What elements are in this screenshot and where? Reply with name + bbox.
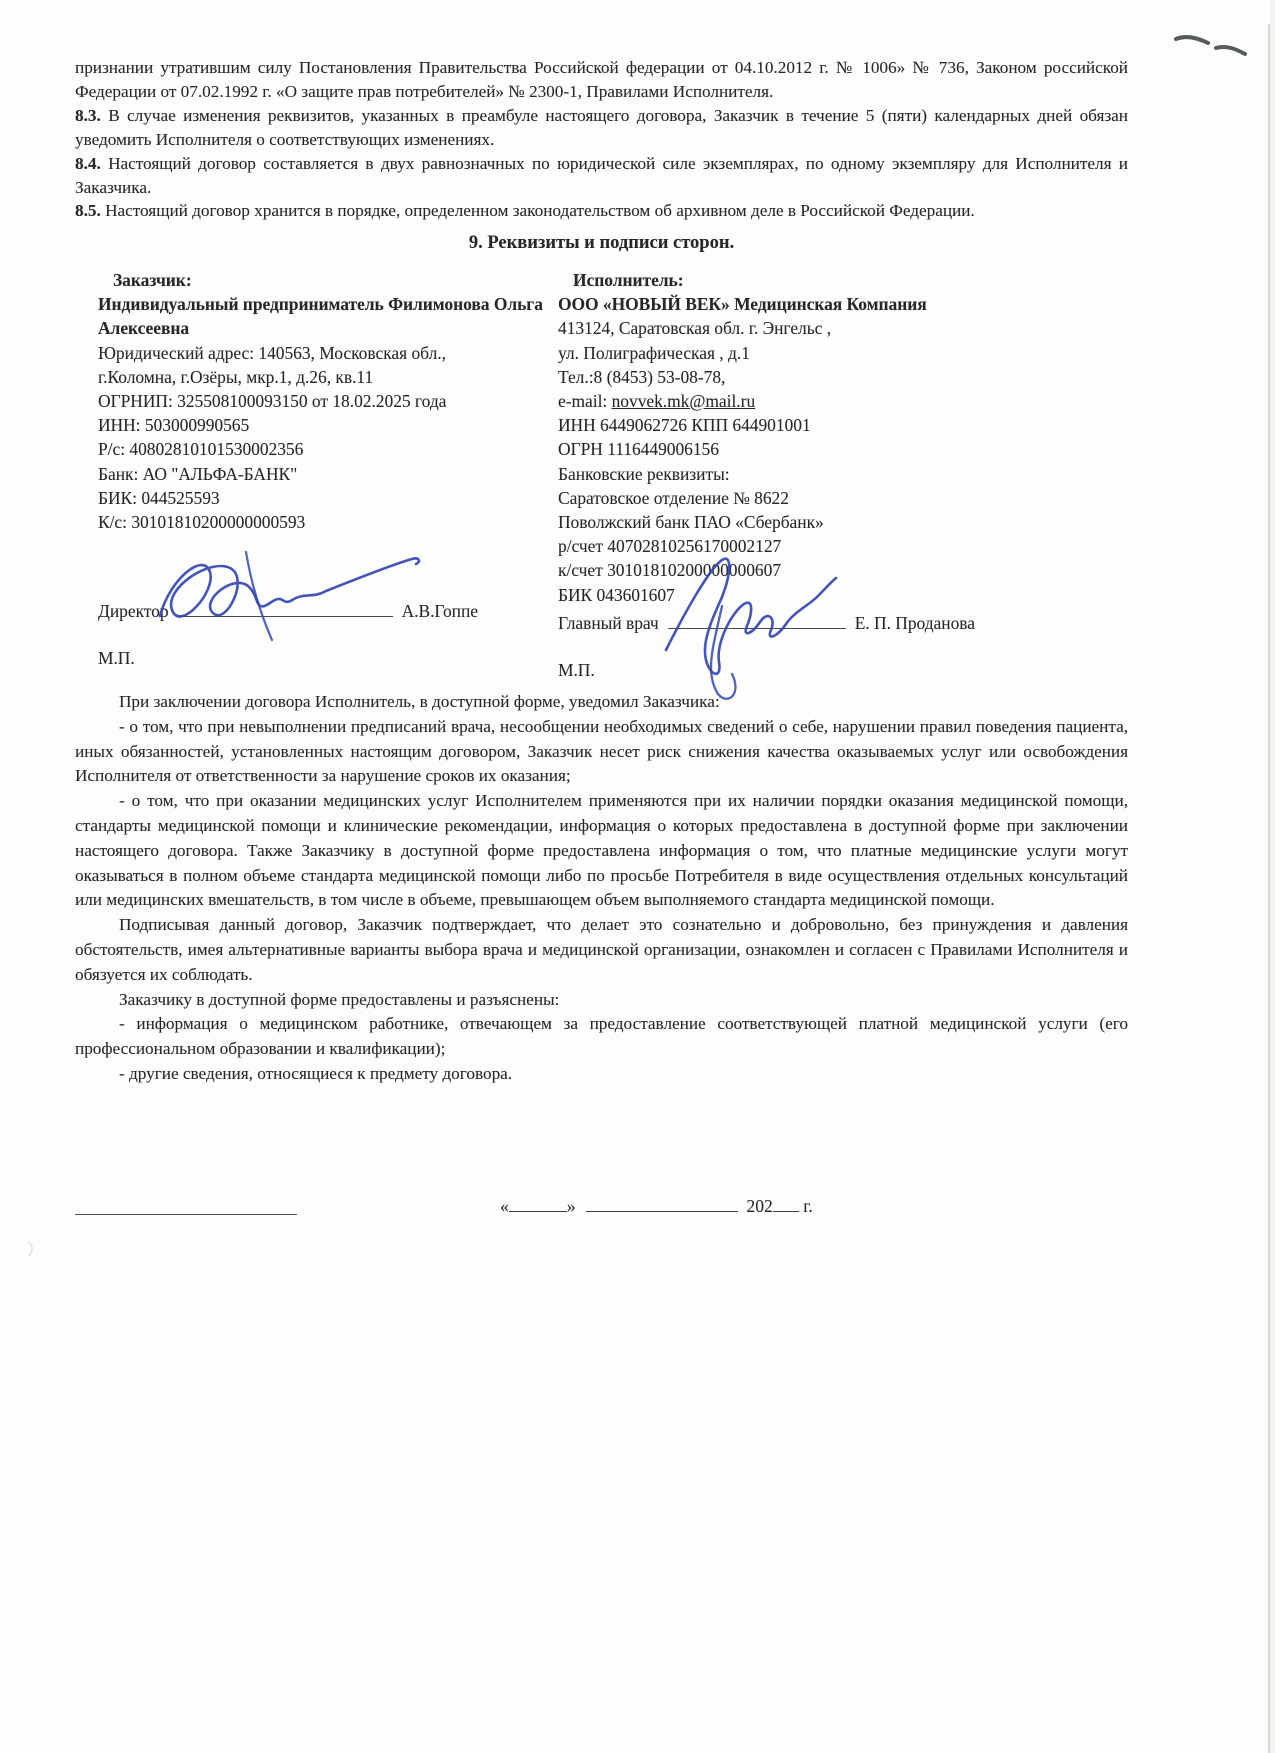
- pen-marks-icon: [1172, 28, 1252, 66]
- contractor-signature-row: Главный врачЕ. П. Проданова: [558, 612, 975, 634]
- customer-sign-name: А.В.Гоппе: [402, 601, 478, 621]
- contractor-bank-header: Банковские реквизиты:: [558, 462, 1078, 486]
- contractor-requisites: Исполнитель: ООО «НОВЫЙ ВЕК» Медицинская…: [558, 268, 1078, 607]
- clause-8-5: 8.5. Настоящий договор хранится в порядк…: [75, 199, 1128, 223]
- email-address: novvek.mk@mail.ru: [612, 391, 756, 411]
- customer-sign-title: Директор: [98, 601, 169, 621]
- notice-paragraph: - информация о медицинском работнике, от…: [75, 1012, 1128, 1062]
- contractor-inn-kpp: ИНН 6449062726 КПП 644901001: [558, 413, 1078, 437]
- contractor-role-label: Исполнитель:: [558, 268, 1078, 292]
- year-blank: [773, 1196, 799, 1212]
- customer-account: Р/с: 40802810101530002356: [98, 437, 543, 461]
- customer-address-line: г.Коломна, г.Озёры, мкр.1, д.26, кв.11: [98, 365, 543, 389]
- notice-paragraph: - о том, что при невыполнении предписани…: [75, 715, 1128, 789]
- contractor-corr-account: к/счет 30101810200000000607: [558, 558, 1078, 582]
- customer-requisites: Заказчик: Индивидуальный предприниматель…: [98, 268, 543, 534]
- contractor-name: ООО «НОВЫЙ ВЕК» Медицинская Компания: [558, 292, 1078, 316]
- scanned-contract-page: признании утратившим силу Постановления …: [0, 0, 1275, 1753]
- customer-bik: БИК: 044525593: [98, 486, 543, 510]
- clause-8-4: 8.4. Настоящий договор составляется в дв…: [75, 152, 1128, 200]
- contractor-signature-line: [668, 612, 846, 629]
- footer-date-line: «» 202 г.: [500, 1196, 813, 1217]
- clause-text: признании утратившим силу Постановления …: [75, 58, 1128, 101]
- customer-inn: ИНН: 503000990565: [98, 413, 543, 437]
- contractor-bik: БИК 043601607: [558, 583, 1078, 607]
- customer-bank: Банк: АО "АЛЬФА-БАНК": [98, 462, 543, 486]
- year-prefix: 202: [746, 1196, 772, 1216]
- email-label: e-mail:: [558, 391, 612, 411]
- notice-paragraph: Заказчику в доступной форме предоставлен…: [75, 988, 1128, 1013]
- contractor-sign-name: Е. П. Проданова: [855, 613, 975, 633]
- contractor-email-line: e-mail: novvek.mk@mail.ru: [558, 389, 1078, 413]
- contractor-phone: Тел.:8 (8453) 53-08-78,: [558, 365, 1078, 389]
- section8-clauses: признании утратившим силу Постановления …: [75, 56, 1128, 223]
- clause-text: Настоящий договор хранится в порядке, оп…: [105, 201, 975, 220]
- notice-paragraph: - о том, что при оказании медицинских ус…: [75, 789, 1128, 913]
- customer-address-line: Юридический адрес: 140563, Московская об…: [98, 341, 543, 365]
- close-quote: »: [567, 1196, 576, 1216]
- contractor-bank-branch: Саратовское отделение № 8622: [558, 486, 1078, 510]
- notice-paragraph: При заключении договора Исполнитель, в д…: [75, 690, 1128, 715]
- contractor-account: р/счет 40702810256170002127: [558, 534, 1078, 558]
- clause-continuation: признании утратившим силу Постановления …: [75, 56, 1128, 104]
- clause-text: Настоящий договор составляется в двух ра…: [75, 154, 1128, 197]
- contractor-ogrn: ОГРН 1116449006156: [558, 437, 1078, 461]
- contractor-stamp-label: М.П.: [558, 660, 595, 681]
- open-quote: «: [500, 1196, 509, 1216]
- contractor-address-line: ул. Полиграфическая , д.1: [558, 341, 1078, 365]
- clause-number: 8.4.: [75, 154, 101, 173]
- customer-corr-account: К/с: 30101810200000000593: [98, 510, 543, 534]
- footer-signature-blank-line: [75, 1200, 297, 1215]
- customer-name: Индивидуальный предприниматель Филимонов…: [98, 292, 543, 340]
- clause-number: 8.5.: [75, 201, 101, 220]
- customer-signature-line: [178, 600, 393, 617]
- notice-paragraph: Подписывая данный договор, Заказчик подт…: [75, 913, 1128, 987]
- customer-role-label: Заказчик:: [98, 268, 543, 292]
- era-label: г.: [803, 1196, 813, 1216]
- notice-paragraph: - другие сведения, относящиеся к предмет…: [75, 1062, 1128, 1087]
- clause-8-3: 8.3. В случае изменения реквизитов, указ…: [75, 104, 1128, 152]
- customer-ogrnip: ОГРНИП: 325508100093150 от 18.02.2025 го…: [98, 389, 543, 413]
- clause-number: 8.3.: [75, 106, 101, 125]
- notice-block: При заключении договора Исполнитель, в д…: [75, 690, 1128, 1087]
- contractor-sign-title: Главный врач: [558, 613, 659, 633]
- contractor-address-line: 413124, Саратовская обл. г. Энгельс ,: [558, 316, 1078, 340]
- customer-stamp-label: М.П.: [98, 648, 135, 669]
- customer-signature-row: ДиректорА.В.Гоппе: [98, 600, 478, 622]
- day-blank: [509, 1196, 567, 1212]
- scan-outside-strip: [1270, 0, 1275, 1753]
- contractor-bank-name: Поволжский банк ПАО «Сбербанк»: [558, 510, 1078, 534]
- month-blank: [586, 1196, 738, 1212]
- scan-speck-icon: [26, 1240, 36, 1258]
- section9-title: 9. Реквизиты и подписи сторон.: [75, 233, 1128, 254]
- clause-text: В случае изменения реквизитов, указанных…: [75, 106, 1128, 149]
- page-edge-line: [1268, 24, 1270, 1753]
